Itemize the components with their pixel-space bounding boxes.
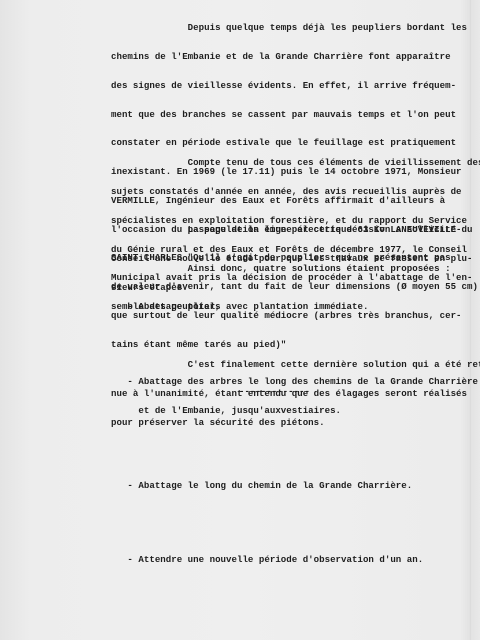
list-item: - Attendre une nouvelle période d'observ… xyxy=(111,536,478,584)
text-line: Depuis quelque temps déjà les peupliers … xyxy=(111,23,478,33)
text-line: Compte tenu de tous ces éléments de viei… xyxy=(111,158,480,168)
text-line: - Abattage le long du chemin de la Grand… xyxy=(111,481,478,491)
text-line: C'est finalement cette dernière solution… xyxy=(111,360,480,370)
text-line: ment que des branches se cassent par mau… xyxy=(111,110,478,120)
text-line: des signes de vieillesse évidents. En ef… xyxy=(111,81,478,91)
text-line: - Attendre une nouvelle période d'observ… xyxy=(111,555,478,565)
list-item: - Abattage total, xyxy=(111,283,478,331)
scanned-page: Depuis quelque temps déjà les peupliers … xyxy=(0,0,480,640)
list-item: - Abattage le long du chemin de la Grand… xyxy=(111,461,478,509)
text-line: La population émue par cette décision a … xyxy=(111,225,473,235)
text-line: - Abattage total, xyxy=(111,302,478,312)
text-line: pour préserver la sécurité des piétons. xyxy=(111,418,480,428)
text-line: chemins de l'Embanie et de la Grande Cha… xyxy=(111,52,478,62)
text-line: sujets constatés d'année en année, des a… xyxy=(111,187,480,197)
separator-dashes: ------------- xyxy=(239,387,310,397)
